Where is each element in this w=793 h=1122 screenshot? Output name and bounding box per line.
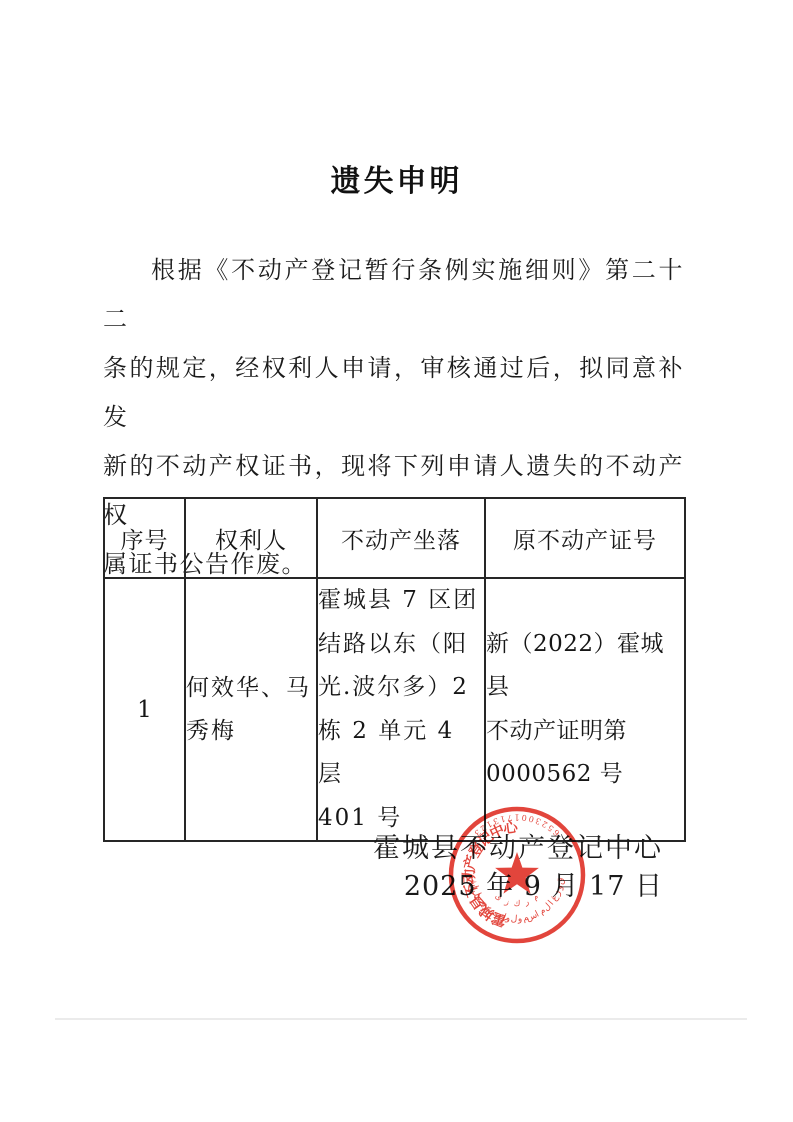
document-title: 遗失申明 [0,156,793,200]
table-row: 1 何效华、马 秀梅 霍城县 7 区团 结路以东（阳 光.波尔多）2 栋 2 单… [104,578,685,841]
cell-owner: 何效华、马 秀梅 [185,578,317,841]
svg-text:3: 3 [534,816,542,826]
official-seal-stamp: 霍城县不动产登记中心3213171003256قوزغالماسمولوكتىز… [441,799,593,951]
svg-text:ز: ز [503,897,511,907]
svg-text:ك: ك [514,899,521,908]
svg-text:1: 1 [514,813,519,822]
document-page: 遗失申明 根据《不动产登记暂行条例实施细则》第二十二 条的规定，经权利人申请，审… [0,0,793,1122]
paragraph-line: 条的规定，经权利人申请，审核通过后，拟同意补发 [103,344,684,442]
svg-text:0: 0 [521,813,527,823]
col-header-owner: 权利人 [185,498,317,578]
svg-text:ش: ش [467,875,478,887]
table-header-row: 序号 权利人 不动产坐落 原不动产证号 [104,498,685,578]
paragraph-line: 根据《不动产登记暂行条例实施细则》第二十二 [103,246,684,344]
svg-text:ر: ر [522,897,530,907]
certificates-table: 序号 权利人 不动产坐落 原不动产证号 1 何效华、马 秀梅 霍城县 7 区团 … [103,497,686,842]
svg-text:ى: ى [493,891,504,902]
col-header-index: 序号 [104,498,185,578]
svg-text:ق: ق [556,877,567,885]
col-header-cert-no: 原不动产证号 [485,498,685,578]
star-icon [495,852,539,894]
page-edge-shadow [55,1018,747,1020]
cell-index: 1 [104,578,185,841]
col-header-location: 不动产坐落 [317,498,485,578]
svg-text:ل: ل [510,914,517,924]
svg-text:0: 0 [528,814,535,824]
svg-text:م: م [530,892,540,902]
